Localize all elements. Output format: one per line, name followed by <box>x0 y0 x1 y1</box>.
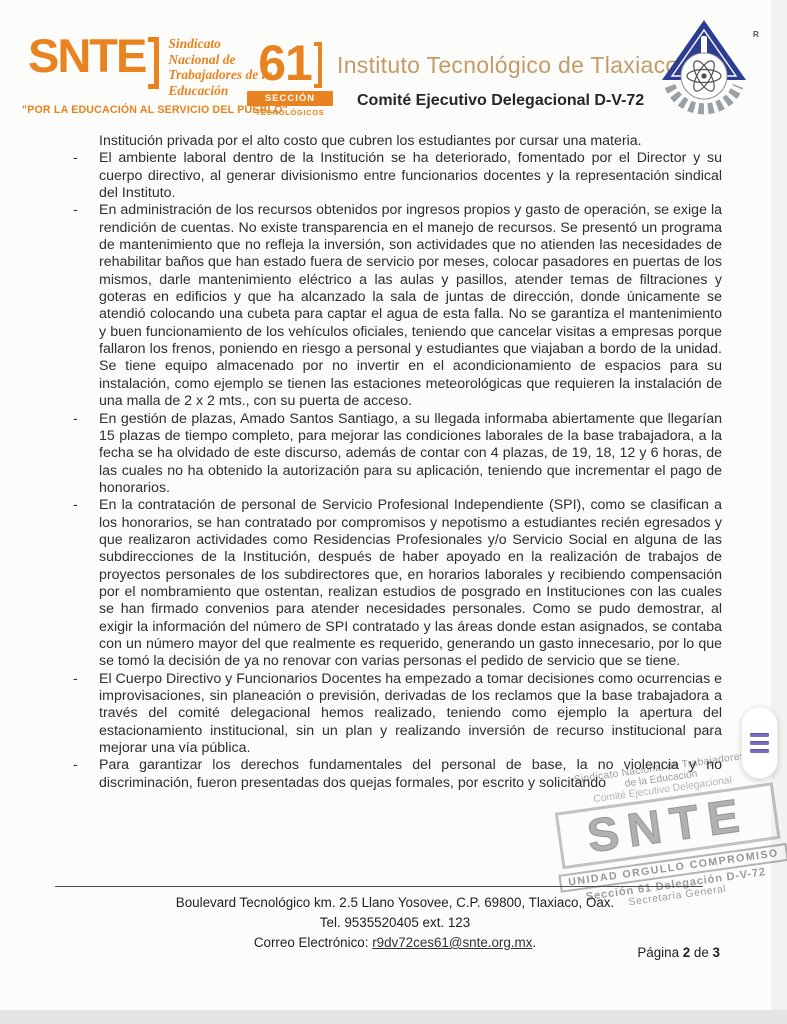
snte-bracket-shape <box>148 37 159 89</box>
hamburger-icon <box>750 749 769 753</box>
bullet-dash <box>70 133 99 150</box>
snte-wordmark: SNTE <box>28 34 145 77</box>
body-paragraph: - El Cuerpo Directivo y Funcionarios Doc… <box>70 671 722 758</box>
document-viewer: SNTE Sindicato Nacional de Trabajadores … <box>0 0 787 1024</box>
page-number: Página 2 de 3 <box>70 945 720 960</box>
bullet-dash: - <box>70 497 99 670</box>
body-paragraph: - En administración de los recursos obte… <box>70 202 722 410</box>
paragraph-text: En la contratación de personal de Servic… <box>99 497 722 670</box>
hamburger-icon <box>750 741 769 745</box>
bullet-dash: - <box>70 150 99 202</box>
footer-divider <box>55 886 703 887</box>
section-label: SECCIÓN <box>247 91 333 106</box>
section-sublabel: TECNOLÓGICOS <box>247 108 333 117</box>
section-bracket-shape <box>314 42 322 88</box>
section-61-badge: 61 SECCIÓN TECNOLÓGICOS <box>247 40 333 117</box>
snte-logo: SNTE Sindicato Nacional de Trabajadores … <box>28 34 272 98</box>
paragraph-text: En administración de los recursos obteni… <box>99 202 722 410</box>
footer-address: Boulevard Tecnológico km. 2.5 Llano Yoso… <box>70 893 720 913</box>
committee-subtitle: Comité Ejecutivo Delegacional D-V-72 <box>357 92 644 110</box>
footer-block: Boulevard Tecnológico km. 2.5 Llano Yoso… <box>70 893 720 953</box>
paragraph-text: El Cuerpo Directivo y Funcionarios Docen… <box>99 671 722 758</box>
bullet-dash: - <box>70 671 99 758</box>
footer-phone: Tel. 9535520405 ext. 123 <box>70 913 720 933</box>
body-paragraph: Institución privada por el alto costo qu… <box>70 133 722 150</box>
bullet-dash: - <box>70 411 99 498</box>
body-paragraph: - En la contratación de personal de Serv… <box>70 497 722 670</box>
paragraph-text: Institución privada por el alto costo qu… <box>99 133 722 150</box>
paragraph-text: El ambiente laboral dentro de la Institu… <box>99 150 722 202</box>
menu-button[interactable] <box>741 706 778 779</box>
institute-title: Instituto Tecnológico de Tlaxiaco <box>337 52 678 79</box>
body-paragraph: - En gestión de plazas, Amado Santos San… <box>70 411 722 498</box>
hamburger-icon <box>750 733 769 737</box>
body-paragraph: - El ambiente laboral dentro de la Insti… <box>70 150 722 202</box>
bullet-dash: - <box>70 202 99 410</box>
document-body: Institución privada por el alto costo qu… <box>70 133 722 792</box>
registered-mark: R <box>753 30 759 39</box>
paragraph-text: En gestión de plazas, Amado Santos Santi… <box>99 411 722 498</box>
bullet-dash: - <box>70 757 99 792</box>
section-number: 61 <box>258 40 312 88</box>
tecnologico-emblem-icon <box>658 16 750 123</box>
page-bottom-edge <box>0 1010 787 1024</box>
